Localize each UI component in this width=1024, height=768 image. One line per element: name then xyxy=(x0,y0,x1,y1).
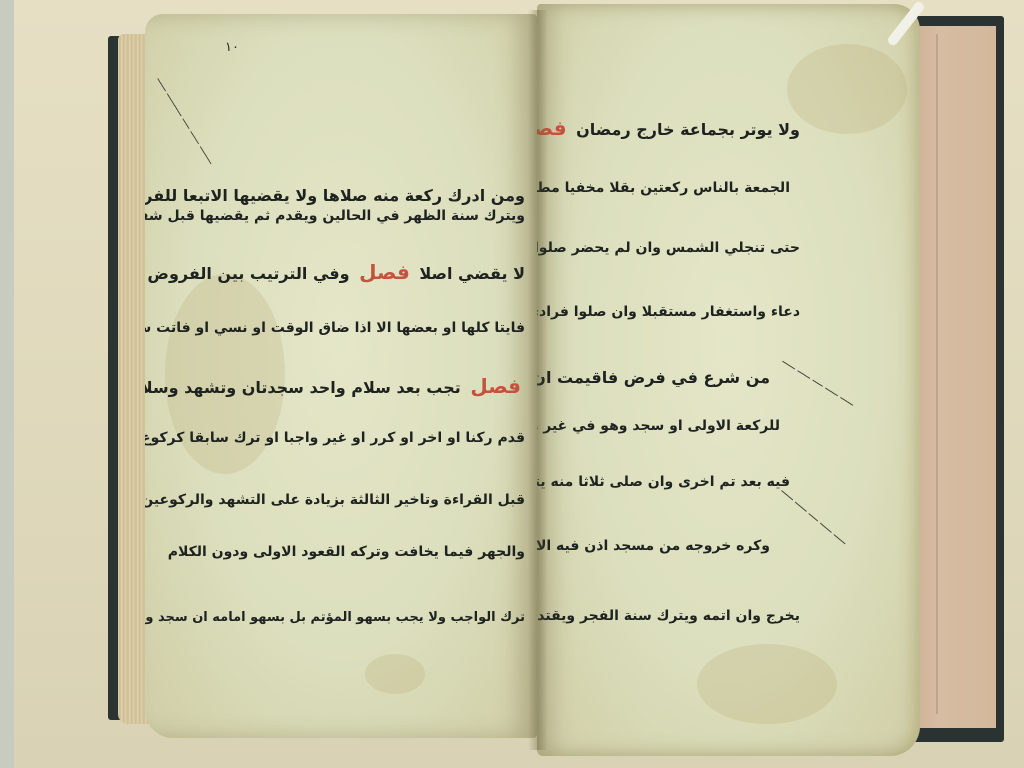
main-text: لا يقضي اصلا xyxy=(419,264,525,283)
main-text-line: والجهر فيما يخافت وتركه القعود الاولى ود… xyxy=(168,544,525,560)
main-text-line: فايتا كلها او بعضها الا اذا ضاق الوقت او… xyxy=(145,320,525,336)
main-text-line: الجمعة بالناس ركعتين بقلا مخفيا مطويلا ا… xyxy=(537,180,790,196)
main-text-line: قبل القراءة وتاخير الثالثة بزيادة على ال… xyxy=(145,492,525,508)
folio-number: ١٠ xyxy=(225,40,239,55)
marginal-gloss: ـــــ ـــــ ــــ ـــــ ـــــ xyxy=(778,484,851,548)
marginal-gloss: ــ ـــ ـــــ ـــ ـــــ ـــ xyxy=(255,14,389,61)
main-text-line: حتى تنجلي الشمس وان لم يحضر صلوا فرادى ك… xyxy=(537,240,800,256)
left-page: ومن ادرك ركعة منه صلاها ولا يقضيها الاتب… xyxy=(145,14,537,738)
main-text-line-with-rubric: فصل تجب بعد سلام واحد سجدتان وتشهد وسلام… xyxy=(145,374,525,398)
rubric-heading: فصل xyxy=(470,374,521,398)
book-gutter xyxy=(528,10,548,750)
marginal-gloss: ـــــ ـــــ ــــ ـــــ ـــــ xyxy=(780,354,858,410)
paper-stain xyxy=(697,644,837,724)
main-text-line: ومن ادرك ركعة منه صلاها ولا يقضيها الاتب… xyxy=(145,186,525,205)
paper-stain xyxy=(787,44,907,134)
paper-stain xyxy=(365,654,425,694)
main-text-line: للركعة الاولى او سجد وهو في غير رباعي قط… xyxy=(537,418,780,434)
main-text-line: قدم ركنا او اخر او كرر او غير واجبا او ت… xyxy=(145,430,525,446)
main-text: من شرع في فرض فاقيمت ان لم يسجد xyxy=(537,368,770,387)
main-text: تجب بعد سلام واحد سجدتان وتشهد وسلام اذا xyxy=(145,378,461,397)
main-text-line-with-rubric: لا يقضي اصلا فصل وفي الترتيب بين الفروض … xyxy=(145,260,525,284)
main-text-line: وكره خروجه من مسجد اذن فيه الا لعذر وصلا… xyxy=(537,538,770,554)
right-page: ولا يوتر بجماعة خارج رمضان فصل عند الكسو… xyxy=(537,4,920,756)
main-text: ولا يوتر بجماعة خارج رمضان xyxy=(576,120,800,139)
board-fold-line xyxy=(936,34,938,714)
background-edge xyxy=(0,0,14,768)
rubric-heading: فصل xyxy=(359,260,410,284)
marginal-gloss: ـــــــ ـــــ ــــ ـــــــــ ـــــ xyxy=(153,74,218,167)
main-text-line-with-rubric: من شرع في فرض فاقيمت ان لم يسجد فصل ولا … xyxy=(537,364,770,388)
main-text-line-with-rubric: ولا يوتر بجماعة خارج رمضان فصل عند الكسو… xyxy=(537,116,800,140)
main-text-line: فيه بعد تم اخرى وان صلى ثلاثا منه يتم ثم… xyxy=(537,474,790,490)
main-text: وفي الترتيب بين الفروض والوتر xyxy=(145,264,350,283)
main-text-line: ترك الواجب ولا يجب بسهو المؤتم بل بسهو ا… xyxy=(145,610,525,625)
main-text-line: يخرج وان اتمه ويترك سنة الفجر ويقتدي من … xyxy=(537,608,800,624)
main-text-line: دعاء واستغفار مستقبلا وان صلوا فرادى جاز… xyxy=(537,304,800,320)
main-text-line: ويترك سنة الظهر في الحالين ويقدم ثم يقضي… xyxy=(145,208,525,224)
